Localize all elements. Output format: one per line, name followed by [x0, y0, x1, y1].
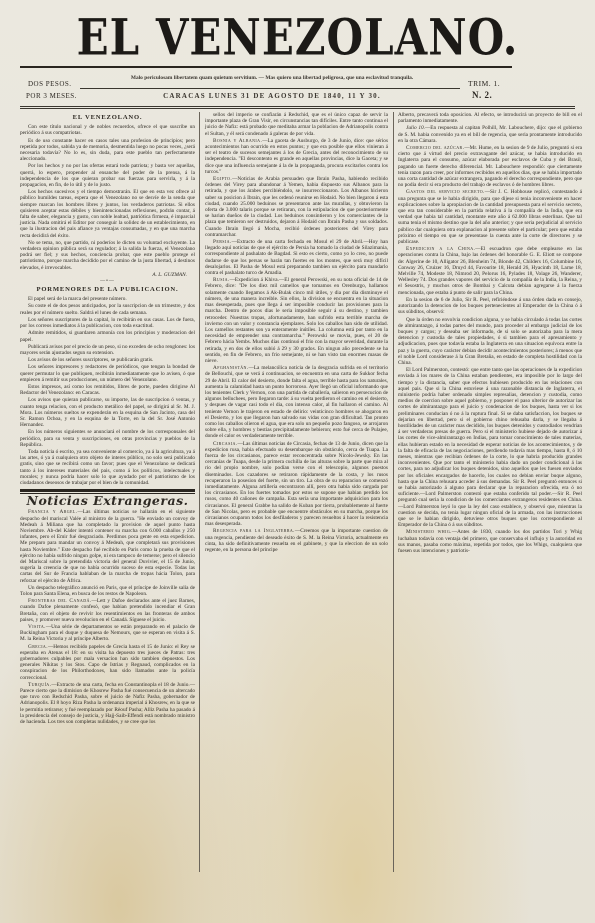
news-item-text: Que la órden no envolvia condicion algun…: [398, 317, 582, 366]
news-item: Que la órden no envolvia condicion algun…: [398, 317, 582, 367]
foreign-news-heading: Noticias Extrangeras.: [20, 498, 195, 504]
motto-rule: [80, 88, 460, 89]
news-item-head: Expedicion a la China.: [406, 246, 475, 252]
pub-paragraph: En los números siguientes se anunciará e…: [20, 429, 195, 448]
news-item-head: Rusia.: [213, 277, 230, 283]
column-1: EL VENEZOLANO. Con este título nacional …: [20, 112, 195, 726]
news-item-head: Circasia.: [213, 441, 237, 447]
news-item: Francia y Argel.—Las últimas noticias se…: [20, 509, 195, 583]
intro-paragraph: Es de uso constante hacer en casos tales…: [20, 138, 195, 163]
news-item-head: Turquía.: [28, 682, 51, 688]
news-item: sellos del imperio se confiarán á Redsch…: [205, 112, 388, 137]
news-item: En la sesion de 6 de Julio, Sir R. Peel,…: [398, 297, 582, 316]
news-item-text: —Sir J. C. Hobhouse replicó, contestando…: [398, 189, 582, 245]
dateline: CARACAS LUNES 31 DE AGOSTO DE 1840, 11 Y…: [92, 92, 452, 100]
column-2: sellos del imperio se confiarán á Redsch…: [205, 112, 388, 554]
publication-details-heading: PORMENORES DE LA PUBLICACION.: [20, 287, 195, 293]
news-item: Un despacho telegráfico anunció en Paris…: [20, 585, 195, 597]
column-divider-2: [393, 112, 394, 872]
intro-paragraph: Con este título nacional y de nobles rec…: [20, 124, 195, 136]
editor-signature: A. L. GUZMAN.: [20, 272, 187, 278]
ornament-divider: —•—: [20, 279, 195, 284]
news-item-head: Persia.: [213, 239, 232, 245]
news-item-text: Alberto, precaverá toda oposicion. Al ef…: [398, 112, 582, 124]
news-item: Ministerio whig.—Antes de 1830, cuando l…: [398, 529, 582, 554]
news-item: Turquía.—Extracto de una carta, fecha en…: [20, 682, 195, 725]
news-item-text: Un despacho telegráfico anunció en Paris…: [20, 585, 195, 597]
news-item: Afghanistán.—La melancólica noticia de l…: [205, 365, 388, 439]
news-item: Egipto.—Noticias de Arabia persuaden que…: [205, 176, 388, 238]
intro-paragraph: Por los hechos y no por las ofertas esta…: [20, 163, 195, 188]
pub-paragraph: Estos impresos, así como los remitidos, …: [20, 384, 195, 396]
news-item-text: El Lord Palmerston, contestó: que entre …: [398, 367, 582, 528]
news-item: Julio 10.—En respuesta al capitan Polhil…: [398, 125, 582, 144]
news-item: Comercio del azúcar.—Mr. Hume, en la ses…: [398, 145, 582, 188]
news-item-head: Visita.: [28, 624, 46, 630]
news-item: Circasia.—Las últimas noticias de Circas…: [205, 441, 388, 528]
section-rule: [20, 489, 195, 492]
price-line-1: DOS PESOS.: [20, 80, 80, 89]
news-item-head: Bosnia y Albania.: [213, 138, 262, 144]
news-item-head: Egipto.: [213, 176, 232, 182]
news-item-text: En la sesion de 6 de Julio, Sir R. Peel,…: [398, 297, 582, 315]
subscription-price: DOS PESOS. POR 3 MESES.: [20, 80, 80, 101]
pub-paragraph: El papel será de la marca del presente n…: [20, 296, 195, 302]
news-item: Persia.—Extracto de una carta fechada en…: [205, 239, 388, 276]
news-item: Grecia.—Hemos recibido papeles de Grecia…: [20, 644, 195, 681]
news-item-text: —En respuesta al capitan Polhill, Mr. La…: [398, 125, 582, 143]
news-item: Fronteras del Canadá.—Lett y Dafoe decla…: [20, 598, 195, 623]
dateline-rule-2: [20, 108, 575, 109]
pub-paragraph: Admite remitidos, si guardaren armonía c…: [20, 330, 195, 342]
intro-heading: EL VENEZOLANO.: [20, 115, 195, 121]
news-item-text: —Extracto de una carta, fecha en Constan…: [20, 682, 195, 725]
intro-paragraph: No se tema, no, que partido, ni poderíos…: [20, 240, 195, 271]
news-item-text: —Hemos recibido papeles de Grecia hasta …: [20, 644, 195, 681]
trimester: TRIM. 1.: [460, 79, 520, 88]
news-item-text: —Mr. Hume, en la sesion de 9 de Julio, p…: [398, 145, 582, 188]
news-item: Rusia.—Expedicion á Khiva.—El general Pe…: [205, 277, 388, 364]
news-item: Gastos del servicio secreto.—Sir J. C. H…: [398, 189, 582, 245]
intro-paragraph: Los hechos sucesivos y el tiempo demostr…: [20, 189, 195, 239]
pub-paragraph: Los señores impresores y redactores de p…: [20, 364, 195, 383]
news-item-text: —Expedicion á Khiva.—El general Perowski…: [205, 277, 388, 364]
news-item-head: Francia y Argel.: [28, 509, 77, 515]
news-item-head: Regencia para la Inglaterra.: [213, 528, 295, 534]
news-item: El Lord Palmerston, contestó: que entre …: [398, 367, 582, 528]
masthead-rule: [20, 66, 512, 68]
news-item-text: —Las últimas noticias se hallarán en el …: [20, 509, 195, 583]
news-item-text: —Una série de departamentos se están pre…: [20, 624, 195, 642]
news-item-head: Ministerio whig.: [406, 529, 452, 535]
news-item: Expedicion a la China.—El escuadron que …: [398, 246, 582, 296]
news-item-text: —Las últimas noticias de Circasia, fecha…: [205, 441, 388, 528]
news-item-text: sellos del imperio se confiarán á Redsch…: [205, 112, 388, 137]
news-item-text: —Noticias de Arabia persuaden que Ibrain…: [205, 176, 388, 238]
dateline-rule: [20, 106, 575, 107]
pub-paragraph: Toda noticia ó escrito, ya sea convenien…: [20, 449, 195, 486]
news-item-head: Comercio del azúcar.: [406, 145, 464, 151]
pub-paragraph: Su coste el de dos pesos anticipados, po…: [20, 303, 195, 315]
news-item-head: Gastos del servicio secreto.: [406, 189, 485, 195]
pub-paragraph: Los avisos que quieran publicarse, su im…: [20, 397, 195, 428]
news-item-head: Grecia.: [28, 644, 48, 650]
price-line-2: POR 3 MESES.: [20, 92, 80, 101]
pub-paragraph: Publicará avisos por el precio de un pes…: [20, 344, 195, 356]
column-divider-1: [199, 112, 200, 872]
newspaper-title: EL VENEZOLANO.: [0, 12, 595, 64]
latin-motto: Malo periculosam libertatem quam quietum…: [92, 75, 452, 81]
news-item-text: —La gaceta de Ausburgo, de 3 de Junio, d…: [205, 138, 388, 175]
news-item: Visita.—Una série de departamentos se es…: [20, 624, 195, 643]
news-item: Regencia para la Inglaterra.—Creemos que…: [205, 528, 388, 553]
news-item: Bosnia y Albania.—La gaceta de Ausburgo,…: [205, 138, 388, 175]
news-item-text: —Extracto de una carta fechada en Mosul …: [205, 239, 388, 276]
pub-paragraph: Los señores suscriptores de la capital, …: [20, 317, 195, 329]
issue-info: TRIM. 1. N. 2.: [460, 79, 520, 100]
column-3: Alberto, precaverá toda oposicion. Al ef…: [398, 112, 582, 555]
news-item-text: —El escuadron que debe emplearse en las …: [398, 246, 582, 295]
news-item-head: Julio 10.: [406, 125, 425, 131]
pub-paragraph: Los avisos de los señores suscriptores, …: [20, 357, 195, 363]
news-item-text: —La melancólica noticia de la desgracia …: [205, 365, 388, 439]
issue-number: N. 2.: [460, 91, 520, 100]
news-item: Alberto, precaverá toda oposicion. Al ef…: [398, 112, 582, 124]
